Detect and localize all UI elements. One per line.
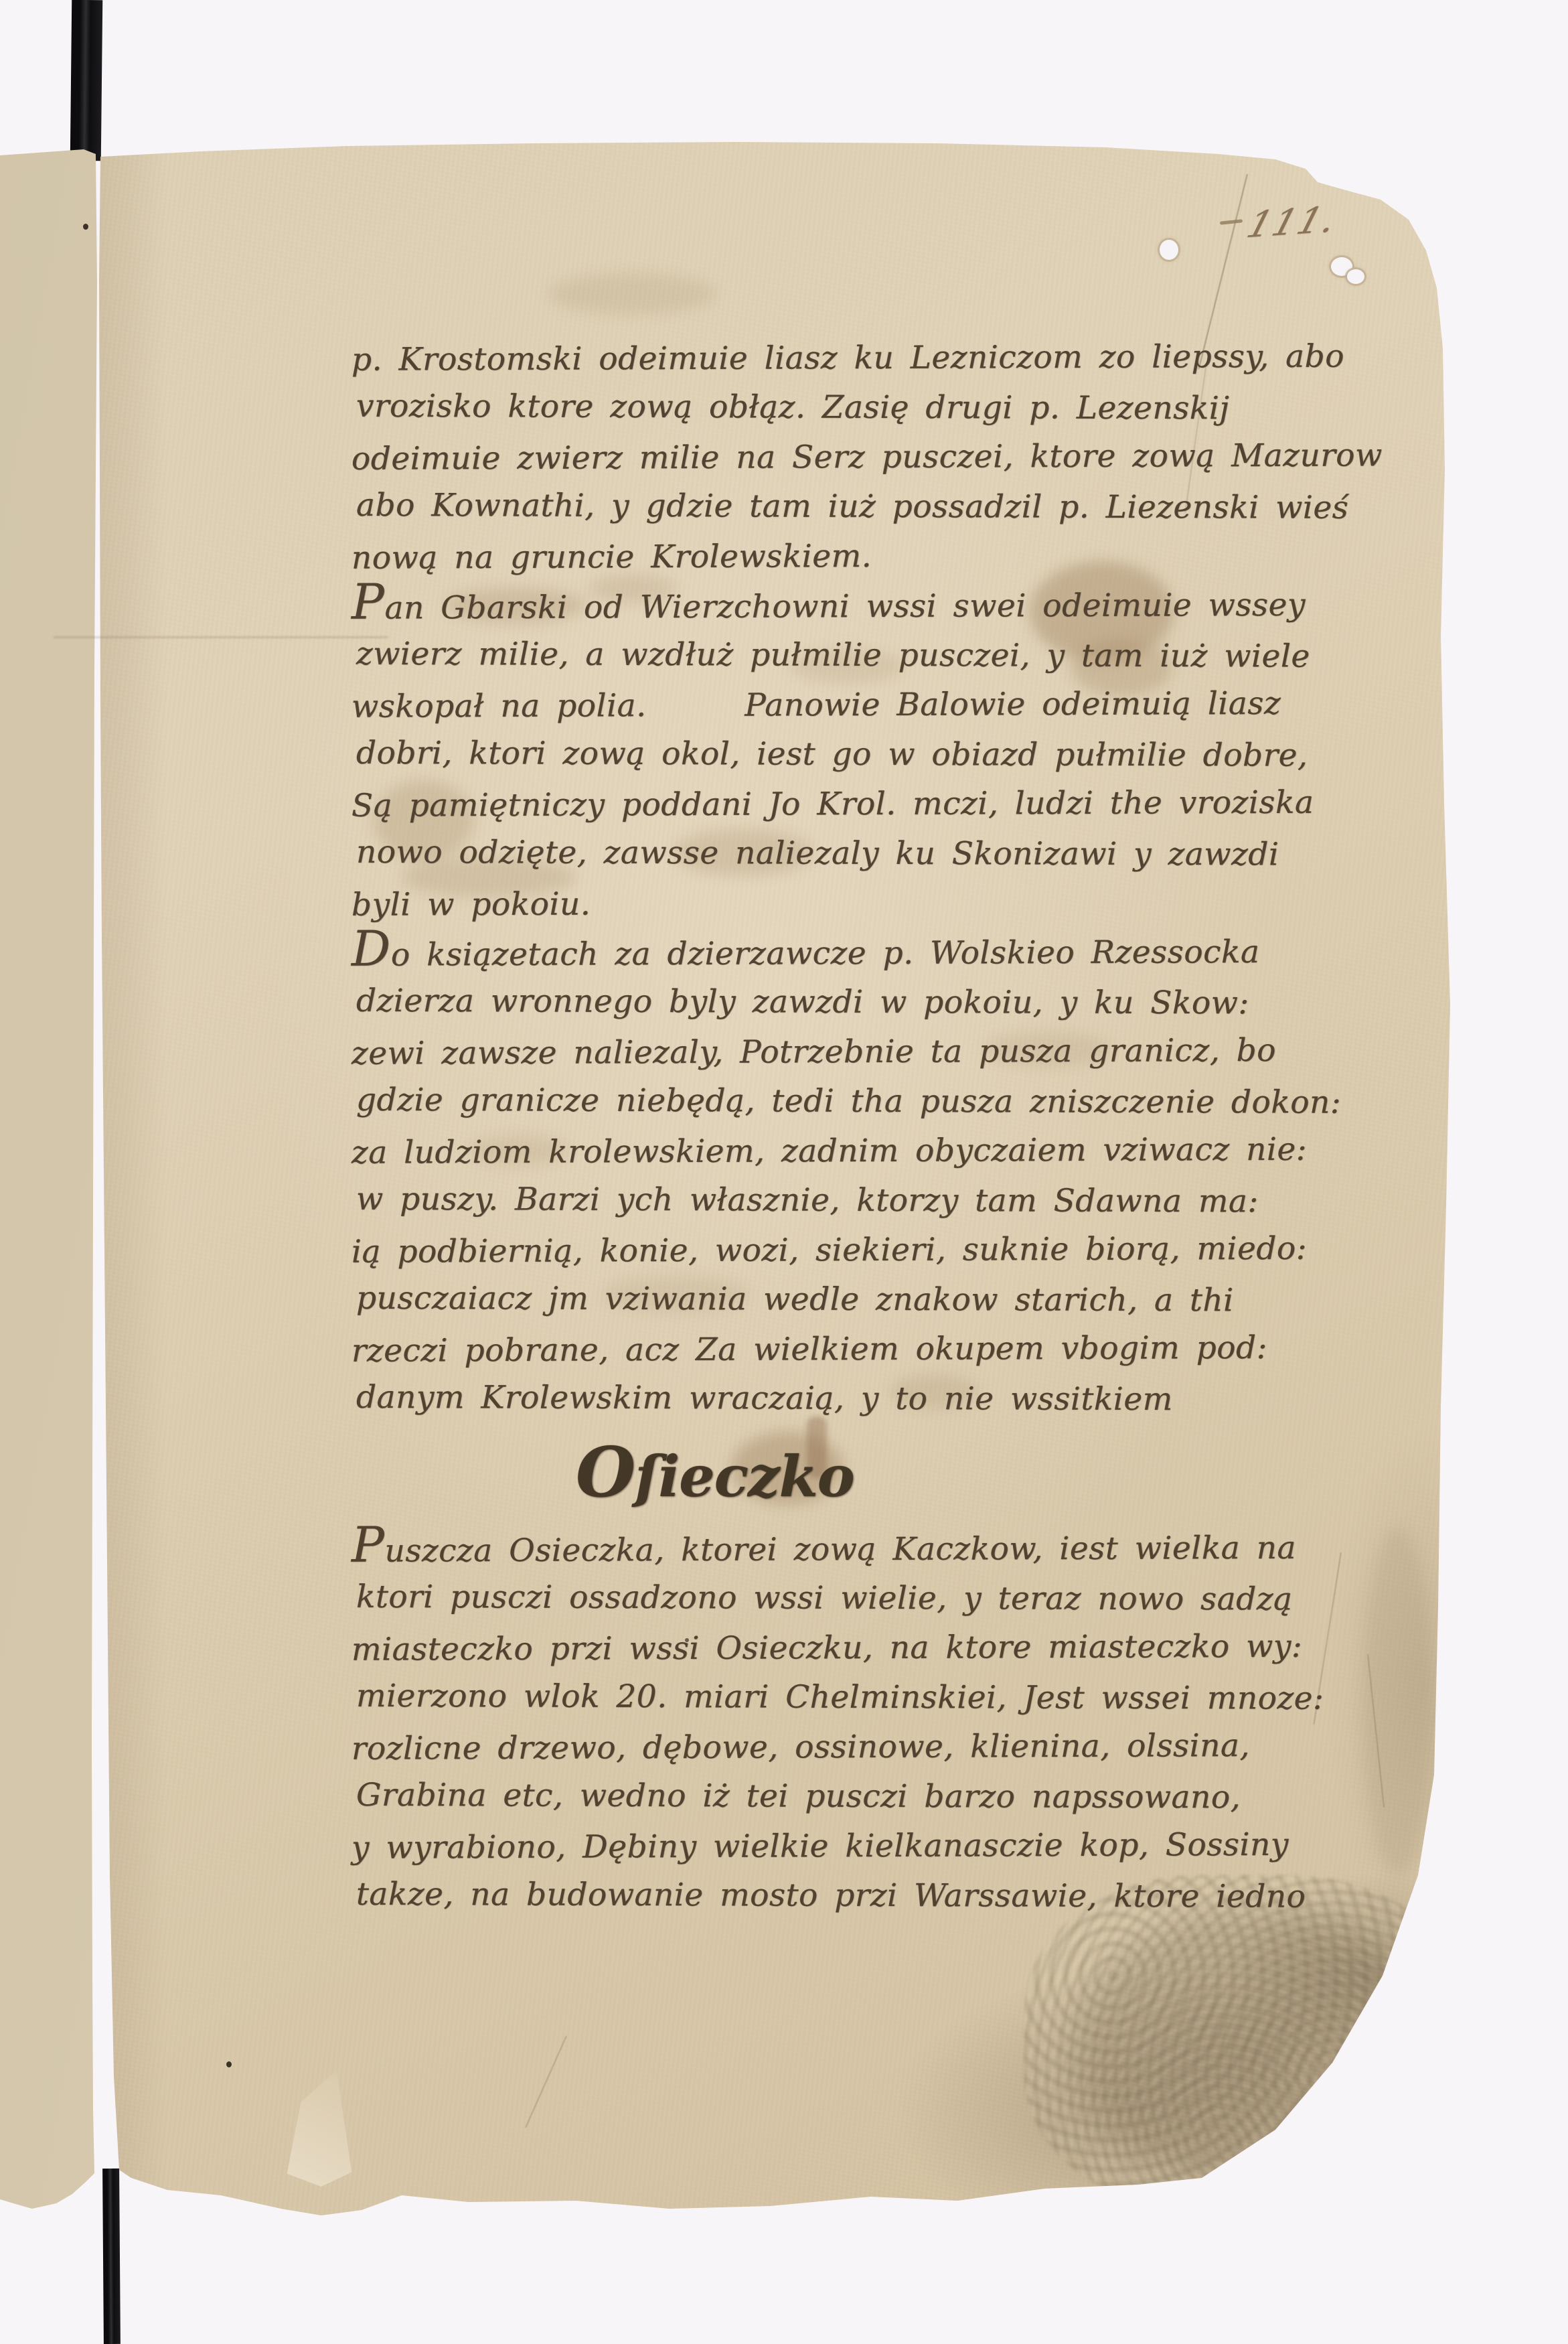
bookmark-ribbon-bottom <box>102 2169 121 2344</box>
manuscript-line: vrozisko ktore zową obłąz. Zasię drugi p… <box>356 382 1423 434</box>
manuscript-line: Puszcza Osieczka, ktorei zową Kaczkow, i… <box>351 1522 1423 1576</box>
ink-speck <box>83 224 88 230</box>
paragraph: Puszcza Osieczka, ktorei zową Kaczkow, i… <box>351 1524 1423 1921</box>
manuscript-line: zewi zawsze naliezaly, Potrzebnie ta pus… <box>351 1025 1423 1079</box>
wormhole <box>1160 240 1178 260</box>
manuscript-line: ktori pusczi ossadzono wssi wielie, y te… <box>356 1572 1423 1625</box>
paragraph: Pan Gbarski od Wierzchowni wssi swei ode… <box>351 581 1423 928</box>
manuscript-line: pusczaiacz jm vziwania wedle znakow star… <box>356 1274 1423 1326</box>
manuscript-page: 111. p. Krostomski odeimuie liasz ku Lez… <box>0 0 1568 2344</box>
soiled-corner <box>1024 1875 1466 2210</box>
bookmark-ribbon-top <box>70 0 103 161</box>
horizontal-fold-crease <box>54 636 388 638</box>
manuscript-line: danym Krolewskim wraczaią, y to nie wssi… <box>356 1373 1423 1425</box>
paragraph: Do ksiązetach za dzierzawcze p. Wolskieo… <box>351 928 1423 1424</box>
folio-number: 111. <box>1220 201 1335 243</box>
manuscript-line: mierzono wlok 20. miari Chelminskiei, Je… <box>356 1672 1423 1724</box>
ink-speck <box>226 2061 232 2067</box>
manuscript-line: nową na gruncie Krolewskiem. <box>351 530 1423 583</box>
manuscript-line: w puszy. Barzi ych własznie, ktorzy tam … <box>356 1175 1423 1227</box>
section-heading: Oſieczko <box>576 1424 1423 1524</box>
manuscript-line: Do ksiązetach za dzierzawcze p. Wolskieo… <box>351 926 1423 980</box>
wormhole <box>1347 269 1364 284</box>
manuscript-line: odeimuie zwierz milie na Serz pusczei, k… <box>351 431 1423 484</box>
manuscript-line: dzierza wronnego byly zawzdi w pokoiu, y… <box>356 976 1423 1029</box>
manuscript-line: gdzie granicze niebędą, tedi tha pusza z… <box>356 1076 1423 1128</box>
stain <box>549 273 716 315</box>
manuscript-line: abo Kownathi, y gdzie tam iuż possadzil … <box>356 481 1423 533</box>
manuscript-line: nowo odzięte, zawsse naliezaly ku Skoniz… <box>356 828 1423 880</box>
pen-flourish <box>1220 219 1243 225</box>
manuscript-line: y wyrabiono, Dębiny wielkie kielkanasczi… <box>351 1820 1423 1873</box>
manuscript-line: dobri, ktori zową okol, iest go w obiazd… <box>356 729 1423 781</box>
manuscript-line: zwierz milie, a wzdłuż pułmilie pusczei,… <box>356 630 1423 682</box>
manuscript-line: p. Krostomski odeimuie liasz ku Lezniczo… <box>351 332 1423 385</box>
manuscript-line: rzeczi pobrane, acz Za wielkiem okupem v… <box>351 1323 1423 1376</box>
manuscript-line: rozlicne drzewo, dębowe, ossinowe, klien… <box>351 1720 1423 1774</box>
manuscript-text: p. Krostomski odeimuie liasz ku Lezniczo… <box>351 334 1423 1921</box>
manuscript-line: ią podbiernią, konie, wozi, siekieri, su… <box>351 1224 1423 1277</box>
manuscript-line: takze, na budowanie mosto przi Warssawie… <box>356 1870 1423 1922</box>
manuscript-line: Grabina etc, wedno iż tei pusczi barzo n… <box>356 1771 1423 1823</box>
manuscript-line: miasteczko przi wssi Osieczku, na ktore … <box>351 1621 1423 1675</box>
page-number: 111. <box>1242 198 1342 246</box>
manuscript-line: wskopał na polia. Panowie Balowie odeimu… <box>351 678 1423 732</box>
manuscript-line: Są pamiętniczy poddani Jo Krol. mczi, lu… <box>351 778 1423 831</box>
paragraph: p. Krostomski odeimuie liasz ku Lezniczo… <box>351 334 1423 581</box>
scanned-manuscript-page: 111. p. Krostomski odeimuie liasz ku Lez… <box>0 0 1568 2344</box>
manuscript-line: Pan Gbarski od Wierzchowni wssi swei ode… <box>351 579 1423 633</box>
manuscript-line: za ludziom krolewskiem, zadnim obyczaiem… <box>351 1124 1423 1178</box>
manuscript-line: byli w pokoiu. <box>351 877 1423 930</box>
